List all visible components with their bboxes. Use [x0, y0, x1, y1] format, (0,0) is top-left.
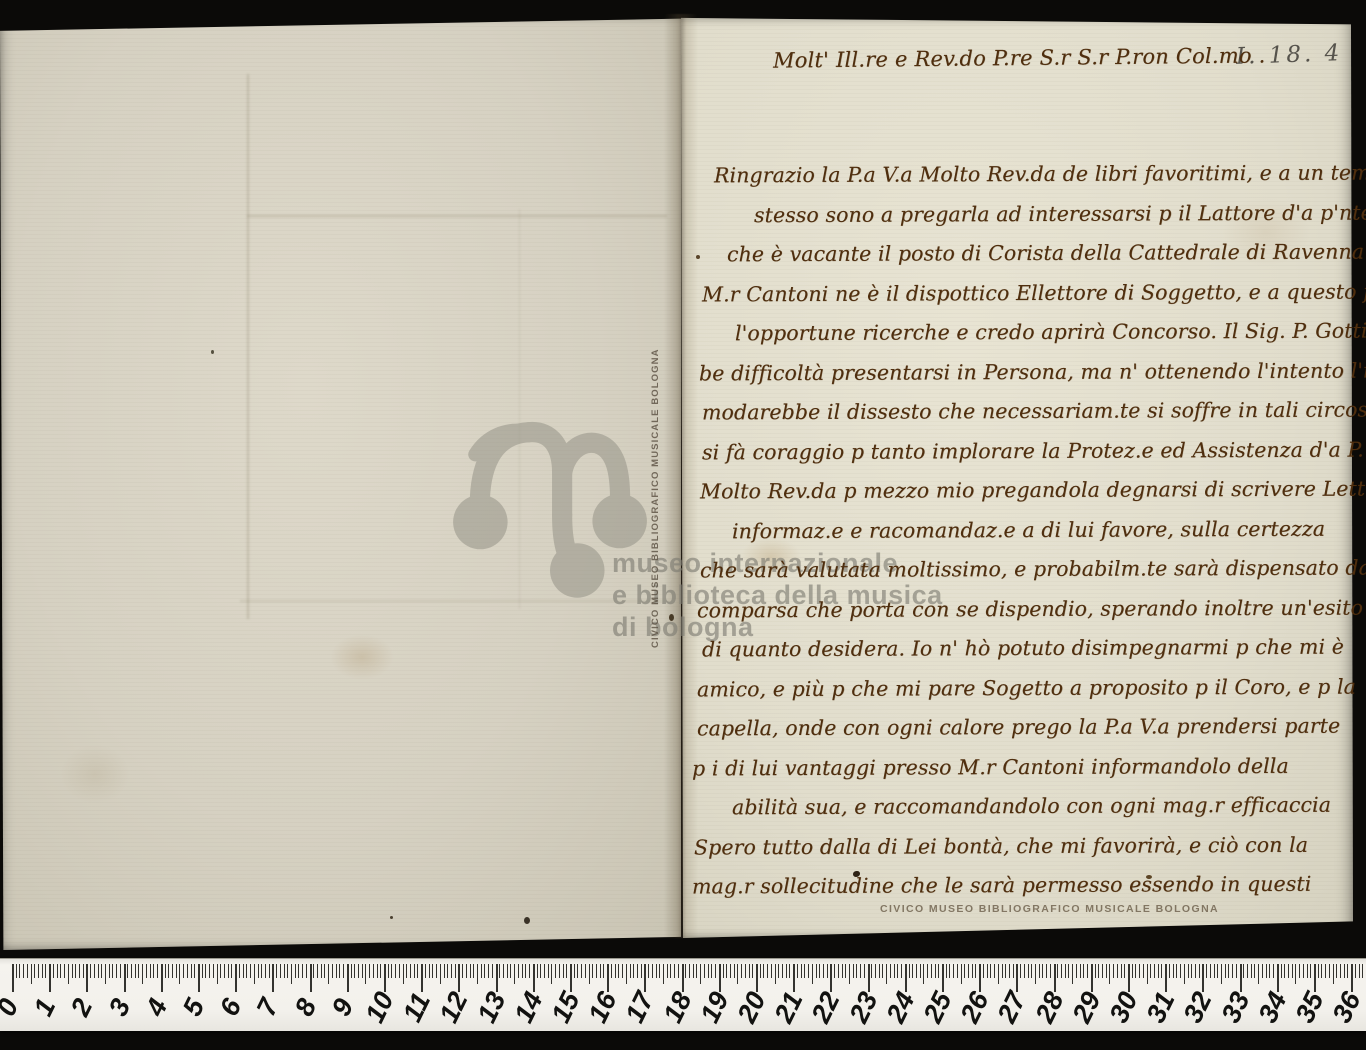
ruler-tick [306, 964, 307, 978]
ruler-tick [1262, 964, 1263, 978]
ruler-tick [1050, 964, 1051, 978]
ruler-tick [45, 964, 46, 978]
ruler-tick [455, 964, 456, 978]
ruler-tick [1188, 964, 1189, 978]
ruler-tick [72, 964, 73, 978]
ruler-number: 16 [580, 981, 627, 1034]
ruler-tick [138, 964, 139, 978]
ruler-tick [663, 964, 664, 984]
ruler-tick [1284, 964, 1285, 978]
ruler-number: 19 [691, 981, 738, 1034]
ruler-tick [1333, 964, 1334, 984]
ruler-tick [313, 964, 314, 978]
ruler-tick [284, 964, 285, 978]
ruler-tick [429, 964, 430, 978]
ruler-tick [1206, 964, 1207, 978]
ruler-tick [782, 964, 783, 978]
ruler-number: 34 [1249, 981, 1296, 1034]
ruler-tick [75, 964, 76, 978]
ruler-tick [343, 964, 344, 978]
ruler-tick [540, 964, 541, 978]
ruler-tick [157, 964, 158, 978]
ruler-tick [953, 964, 954, 978]
ruler-tick [1243, 964, 1244, 978]
ruler-tick [1254, 964, 1255, 978]
ruler-tick [1221, 964, 1222, 984]
ruler-tick [1307, 964, 1308, 978]
ruler-tick [261, 964, 262, 978]
ruler-tick [630, 964, 631, 978]
ruler-tick [920, 964, 921, 978]
ruler-tick [752, 964, 753, 978]
letter-line: Spero tutto dalla di Lei bontà, che mi f… [682, 832, 1366, 874]
ruler-tick [1031, 964, 1032, 978]
ruler-tick [224, 964, 225, 978]
ruler-tick [801, 964, 802, 978]
ruler-tick [406, 964, 407, 978]
ruler-tick [972, 964, 973, 978]
ruler-tick [1020, 964, 1021, 978]
ruler-number: 13 [468, 981, 515, 1034]
ruler-tick [258, 964, 259, 978]
ruler-tick [652, 964, 653, 978]
ruler-tick [767, 964, 768, 978]
ruler-tick [1121, 964, 1122, 978]
ruler-tick [484, 964, 485, 978]
ruler-tick [882, 964, 883, 978]
ruler-tick [1106, 964, 1107, 978]
ruler-tick [1042, 964, 1043, 978]
ruler-tick [380, 964, 381, 978]
ruler-tick [875, 964, 876, 978]
ruler-tick [298, 964, 299, 978]
ruler-tick [109, 964, 110, 978]
ruler-tick [295, 964, 296, 978]
ruler-tick [819, 964, 820, 978]
ruler-tick [1191, 964, 1192, 978]
ruler-tick [845, 964, 846, 978]
left-page [0, 14, 681, 950]
ruler-tick [68, 964, 69, 984]
ruler-tick [1068, 964, 1069, 978]
ruler-tick [373, 964, 374, 978]
letter-line: Ringrazio la P.a V.a Molto Rev.da de lib… [682, 161, 1366, 203]
ruler-tick [711, 964, 712, 978]
letter-line: stesso sono a pregarla ad interessarsi p… [682, 200, 1366, 242]
ruler-tick [734, 964, 735, 978]
ruler-tick [983, 964, 984, 978]
ruler-tick [1109, 964, 1110, 984]
ruler-tick [362, 964, 363, 978]
ruler-tick [548, 964, 549, 978]
ruler-tick [354, 964, 355, 978]
letter-line: l'opportune ricerche e credo aprirà Conc… [682, 319, 1366, 361]
ruler-tick [622, 964, 623, 978]
ruler-number: 32 [1175, 981, 1222, 1034]
ruler-tick [217, 964, 218, 984]
ruler-tick [246, 964, 247, 978]
ruler-tick [730, 964, 731, 978]
ruler-tick [64, 964, 65, 978]
ruler-tick [1236, 964, 1237, 978]
ruler-tick [1329, 964, 1330, 978]
ruler-tick [749, 964, 750, 978]
ruler-number: 35 [1286, 981, 1333, 1034]
ruler-tick [168, 964, 169, 978]
ruler-number: 31 [1138, 981, 1185, 1034]
ruler-tick [291, 964, 292, 984]
ruler-tick [209, 964, 210, 978]
ruler-tick [741, 964, 742, 978]
ruler-tick [176, 964, 177, 978]
ruler-tick [659, 964, 660, 978]
ruler-tick [1321, 964, 1322, 978]
ruler-tick [566, 964, 567, 978]
ruler-tick [425, 964, 426, 978]
ruler-number: 29 [1063, 981, 1110, 1034]
ruler-tick [1061, 964, 1062, 978]
ruler-tick [667, 964, 668, 978]
ruler-tick [674, 964, 675, 978]
ruler-tick [670, 964, 671, 978]
ruler-tick [637, 964, 638, 978]
ruler-tick [886, 964, 887, 984]
ruler-tick [827, 964, 828, 978]
centimeter-ruler: 0123456789101112131415161718192021222324… [0, 958, 1366, 1031]
ruler-tick [912, 964, 913, 978]
ruler-tick [1169, 964, 1170, 978]
ruler-tick [462, 964, 463, 978]
ruler-tick [1072, 964, 1073, 984]
ruler-tick [994, 964, 995, 978]
ruler-number: 18 [654, 981, 701, 1034]
ruler-tick [522, 964, 523, 978]
ruler-tick [351, 964, 352, 978]
ruler-tick [518, 964, 519, 978]
ruler-number: 8 [282, 981, 329, 1034]
ruler-tick [42, 964, 43, 978]
ruler-tick [964, 964, 965, 978]
ruler-tick [19, 964, 20, 978]
ruler-tick [1299, 964, 1300, 978]
ruler-tick [399, 964, 400, 978]
ruler-tick [961, 964, 962, 984]
ruler-tick [53, 964, 54, 978]
ruler-number: 33 [1212, 981, 1259, 1034]
ruler-number: 36 [1324, 981, 1366, 1034]
letter-line: p i di lui vantaggi presso M.r Cantoni i… [682, 753, 1366, 795]
ruler-tick [1258, 964, 1259, 984]
ruler-tick [1325, 964, 1326, 978]
ruler-tick [1124, 964, 1125, 978]
ruler-tick [470, 964, 471, 978]
ruler-tick [1095, 964, 1096, 978]
ruler-tick [585, 964, 586, 978]
ruler-tick [1362, 964, 1363, 978]
ruler-tick [871, 964, 872, 978]
ruler-tick [890, 964, 891, 978]
ruler-number: 17 [617, 981, 664, 1034]
ruler-tick [723, 964, 724, 978]
letter-line: abilità sua, e raccomandandolo con ogni … [682, 793, 1366, 835]
ruler-tick [1139, 964, 1140, 978]
ruler-tick [432, 964, 433, 978]
ruler-tick [183, 964, 184, 978]
ruler-tick [90, 964, 91, 978]
ruler-tick [1046, 964, 1047, 978]
letter-line: si fà coraggio p tanto implorare la Prot… [682, 437, 1366, 479]
letter-line: che sarà valutata moltissimo, e probabil… [682, 556, 1366, 598]
ruler-number: 24 [877, 981, 924, 1034]
ruler-tick [514, 964, 515, 984]
ruler-tick [1228, 964, 1229, 978]
letter-body: Ringrazio la P.a V.a Molto Rev.da de lib… [682, 162, 1366, 913]
letter-line: be difficoltà presentarsi in Persona, ma… [682, 358, 1366, 400]
ruler-tick [894, 964, 895, 978]
ruler-tick [436, 964, 437, 978]
ruler-tick [239, 964, 240, 978]
ruler-number: 5 [170, 981, 217, 1034]
ruler-tick [317, 964, 318, 978]
ruler-tick [685, 964, 686, 978]
ink-speck [524, 917, 530, 924]
ruler-tick [503, 964, 504, 978]
ruler-tick [715, 964, 716, 978]
ruler-tick [27, 964, 28, 978]
ruler-number: 22 [803, 981, 850, 1034]
ruler-tick [1087, 964, 1088, 978]
ruler-tick [205, 964, 206, 978]
ruler-number: 25 [914, 981, 961, 1034]
ruler-tick [34, 964, 35, 978]
ruler-tick [1180, 964, 1181, 978]
ruler-tick [1184, 964, 1185, 984]
ruler-tick [797, 964, 798, 978]
ruler-tick [444, 964, 445, 978]
ruler-tick [856, 964, 857, 978]
letter-line: che è vacante il posto di Corista della … [682, 240, 1366, 282]
ruler-tick [581, 964, 582, 978]
ruler-tick [410, 964, 411, 978]
ruler-tick [403, 964, 404, 984]
ruler-tick [276, 964, 277, 978]
ruler-tick [187, 964, 188, 978]
ruler-tick [909, 964, 910, 978]
ruler-tick [603, 964, 604, 978]
ruler-tick [696, 964, 697, 978]
ruler-tick [1147, 964, 1148, 984]
ruler-tick [763, 964, 764, 978]
ruler-tick [1247, 964, 1248, 978]
ruler-tick [60, 964, 61, 978]
ruler-tick [927, 964, 928, 978]
ruler-tick [949, 964, 950, 978]
ruler-tick [525, 964, 526, 978]
ruler-tick [321, 964, 322, 978]
letter-line: amico, e più p che mi pare Sogetto a pro… [682, 674, 1366, 716]
ruler-tick [641, 964, 642, 978]
ruler-tick [804, 964, 805, 978]
ruler-tick [507, 964, 508, 978]
ruler-tick [440, 964, 441, 984]
ruler-tick [577, 964, 578, 978]
ruler-tick [737, 964, 738, 984]
ruler-tick [1210, 964, 1211, 978]
ruler-number: 12 [431, 981, 478, 1034]
ruler-tick [131, 964, 132, 978]
ruler-tick [250, 964, 251, 978]
fold-crease [247, 215, 667, 217]
ruler-tick [94, 964, 95, 978]
ruler-tick [105, 964, 106, 984]
ruler-tick [328, 964, 329, 984]
ruler-tick [574, 964, 575, 978]
letter-line: modarebbe il dissesto che necessariam.te… [682, 398, 1366, 440]
ruler-tick [488, 964, 489, 978]
ruler-tick [990, 964, 991, 978]
fold-crease [247, 74, 249, 619]
ruler-tick [191, 964, 192, 978]
ruler-tick [1292, 964, 1293, 978]
ruler-tick [1173, 964, 1174, 978]
ruler-tick [975, 964, 976, 978]
letter-line: M.r Cantoni ne è il dispottico Ellettore… [682, 279, 1366, 321]
ruler-tick [473, 964, 474, 978]
ruler-tick [38, 964, 39, 978]
ruler-tick [563, 964, 564, 978]
ruler-tick [879, 964, 880, 978]
ruler-tick [823, 964, 824, 978]
ruler-tick [834, 964, 835, 978]
ruler-tick [704, 964, 705, 978]
ruler-tick [1143, 964, 1144, 978]
ruler-tick [853, 964, 854, 978]
ruler-tick [842, 964, 843, 978]
ruler-tick [1310, 964, 1311, 978]
ruler-tick [179, 964, 180, 984]
ruler-number: 11 [394, 981, 441, 1034]
ruler-tick [120, 964, 121, 978]
ruler-tick [555, 964, 556, 978]
library-stamp-bottom: CIVICO MUSEO BIBLIOGRAFICO MUSICALE BOLO… [880, 903, 1150, 915]
ruler-tick [808, 964, 809, 978]
ruler-tick [592, 964, 593, 978]
ruler-tick [492, 964, 493, 978]
ruler-tick [150, 964, 151, 978]
letter-line: informaz.e e racomandaz.e a di lui favor… [682, 516, 1366, 558]
ruler-tick [1161, 964, 1162, 978]
ruler-tick [897, 964, 898, 978]
ruler-number: 21 [766, 981, 813, 1034]
ruler-tick [615, 964, 616, 978]
ruler-number: 10 [356, 981, 403, 1034]
ruler-number: 15 [542, 981, 589, 1034]
ruler-tick [1214, 964, 1215, 978]
ruler-tick [1359, 964, 1360, 978]
ruler-tick [957, 964, 958, 978]
ruler-number: 27 [989, 981, 1036, 1034]
ruler-tick [269, 964, 270, 978]
ruler-tick [339, 964, 340, 978]
ruler-tick [254, 964, 255, 984]
ruler-tick [708, 964, 709, 978]
ruler-tick [391, 964, 392, 978]
ruler-tick [998, 964, 999, 984]
ruler-tick [771, 964, 772, 978]
ruler-tick [1336, 964, 1337, 978]
ruler-tick [1303, 964, 1304, 978]
ruler-tick [1347, 964, 1348, 978]
ruler-tick [1266, 964, 1267, 978]
ruler-tick [931, 964, 932, 978]
ruler-tick [414, 964, 415, 978]
ruler-tick [938, 964, 939, 978]
ruler-tick [1013, 964, 1014, 978]
ruler-tick [16, 964, 17, 978]
ruler-tick [377, 964, 378, 978]
ruler-number: 4 [133, 981, 180, 1034]
ruler-tick [23, 964, 24, 978]
ruler-tick [656, 964, 657, 978]
ruler-tick [466, 964, 467, 978]
ruler-tick [165, 964, 166, 978]
ruler-tick [689, 964, 690, 978]
ruler-tick [1199, 964, 1200, 978]
letter-line: Molto Rev.da p mezzo mio pregandola degn… [682, 477, 1366, 519]
ruler-tick [860, 964, 861, 978]
ruler-tick [1344, 964, 1345, 978]
ruler-tick [172, 964, 173, 978]
ruler-tick [1355, 964, 1356, 978]
ruler-tick [243, 964, 244, 978]
ruler-tick [336, 964, 337, 978]
ruler-tick [116, 964, 117, 978]
ruler-tick [79, 964, 80, 978]
ruler-tick [1005, 964, 1006, 978]
ruler-tick [101, 964, 102, 978]
ruler-tick [789, 964, 790, 978]
ruler-number: 6 [208, 981, 255, 1034]
ink-speck [211, 350, 214, 354]
ruler-tick [31, 964, 32, 984]
ruler-tick [499, 964, 500, 978]
ruler-tick [228, 964, 229, 978]
scanned-letter-photograph: museo internazionale e biblioteca della … [0, 0, 1366, 1050]
ruler-tick [775, 964, 776, 984]
ruler-tick [760, 964, 761, 978]
ruler-tick [529, 964, 530, 978]
ruler-tick [127, 964, 128, 978]
ruler-tick [324, 964, 325, 978]
ruler-tick [365, 964, 366, 984]
ruler-tick [946, 964, 947, 978]
ruler-tick [1117, 964, 1118, 978]
ruler-tick [510, 964, 511, 978]
ruler-tick [678, 964, 679, 978]
ruler-tick [417, 964, 418, 978]
ruler-number: 23 [840, 981, 887, 1034]
ruler-tick [265, 964, 266, 978]
ruler-number: 2 [59, 981, 106, 1034]
ruler-tick [447, 964, 448, 978]
ruler-tick [745, 964, 746, 978]
ruler-tick [302, 964, 303, 978]
ruler-tick [287, 964, 288, 978]
ruler-tick [589, 964, 590, 984]
ruler-tick [1083, 964, 1084, 978]
ruler-tick [600, 964, 601, 978]
library-stamp-vertical: CIVICO MUSEO BIBLIOGRAFICO MUSICALE BOLO… [650, 362, 661, 648]
